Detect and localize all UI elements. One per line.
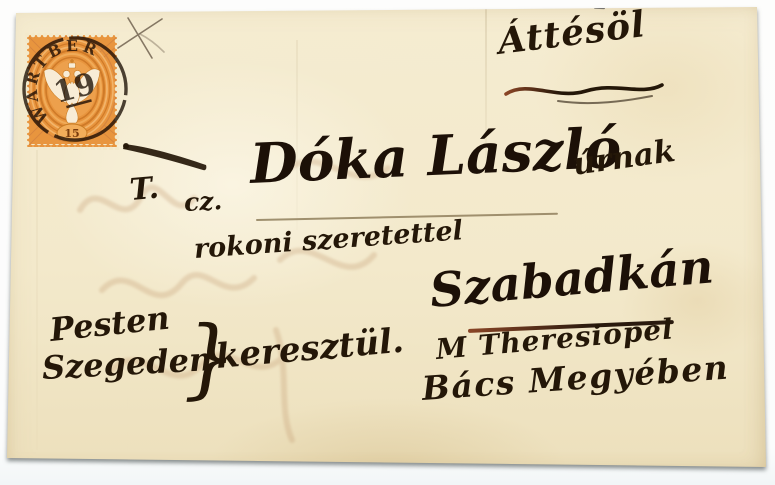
- paper-nick: [594, 4, 605, 9]
- note-underline-flourish: [500, 76, 670, 108]
- addressee-name: Dóka László: [249, 120, 622, 191]
- destination-city: Szabadkán: [428, 243, 715, 315]
- addressee-prefix: T.: [129, 174, 160, 206]
- envelope: 15 WARTBERG: [0, 0, 775, 485]
- fold-crease-left: [36, 150, 38, 450]
- note-top-right: Áttésöl: [496, 6, 648, 60]
- envelope-shadow-wrap: 15 WARTBERG: [0, 0, 775, 485]
- addressee-prefix2: cz.: [183, 188, 222, 215]
- envelope-photo: 15 WARTBERG: [0, 0, 775, 485]
- pen-cross-marks: [110, 12, 170, 64]
